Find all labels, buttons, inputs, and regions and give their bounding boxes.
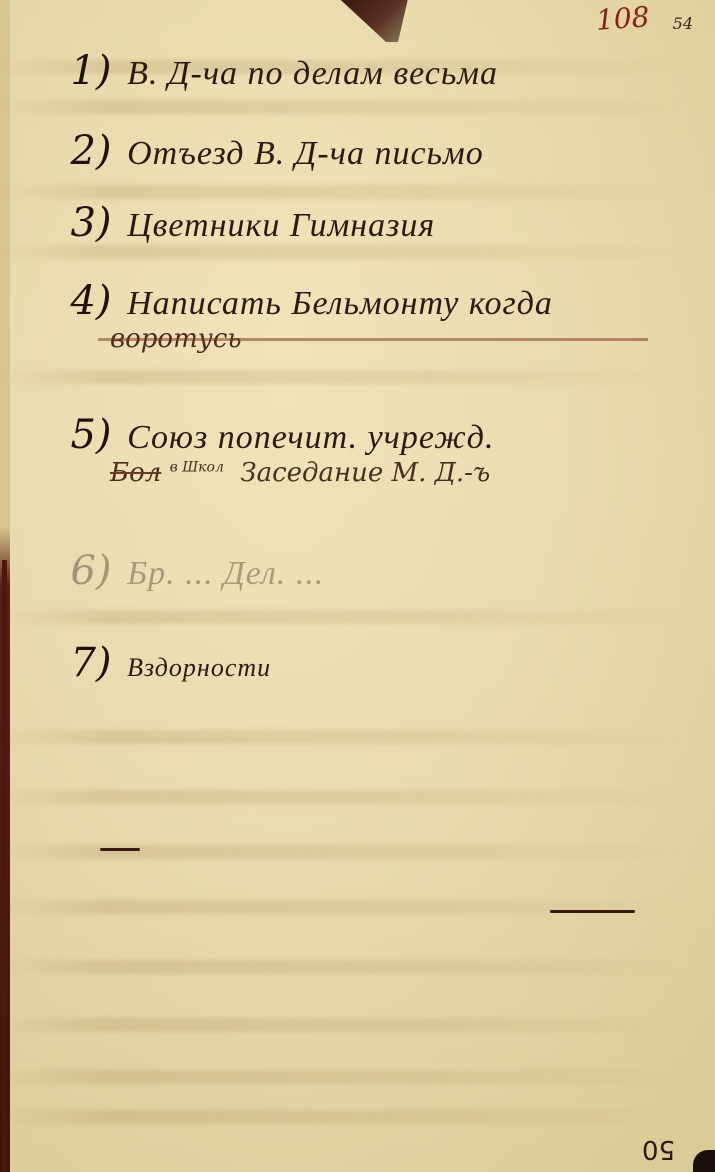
inserted-word: в Школ [170, 459, 224, 475]
folio-sub-number: 54 [673, 14, 693, 33]
item-text: Написать Бельмонту когда [127, 285, 553, 322]
bleed-through-line [0, 1018, 715, 1032]
item-number: 6) [60, 548, 122, 594]
bleed-through-line [0, 960, 715, 974]
list-item: 1) В. Д-ча по делам весьма [60, 48, 695, 94]
list-item: 4) Написать Бельмонту когда воротусь [60, 278, 695, 354]
list-item: 5) Союз попечит. учрежд. Бол в Школ Засе… [60, 412, 695, 488]
item-continuation: Заседание М. Д. [240, 458, 464, 488]
item-continuation-line: Бол в Школ Заседание М. Д.-ъ [110, 458, 695, 488]
item-number: 1) [60, 48, 122, 94]
list-item: 3) Цветники Гимназия [60, 200, 695, 246]
bleed-through-line [0, 790, 715, 804]
mount-clip [330, 0, 410, 42]
bleed-through-line [0, 1070, 715, 1084]
list-item: 7) Вздорности [60, 640, 695, 686]
list-item: 6) Бр. ... Дел. ... [60, 548, 695, 594]
ink-dash [550, 910, 635, 913]
item-number: 2) [60, 128, 122, 174]
item-text: Отъезд В. Д-ча письмо [127, 135, 484, 172]
bleed-through-line [0, 185, 715, 199]
item-number: 3) [60, 200, 122, 246]
list-item: 2) Отъезд В. Д-ча письмо [60, 128, 695, 174]
bleed-through-line [0, 245, 715, 259]
item-number: 5) [60, 412, 122, 458]
item-text: В. Д-ча по делам весьма [127, 55, 498, 92]
item-text: Цветники Гимназия [127, 207, 435, 244]
mount-corner [693, 1150, 715, 1172]
item-number: 4) [60, 278, 122, 324]
bottom-page-number: 50 [642, 1134, 675, 1164]
item-continuation-end: -ъ [464, 458, 490, 488]
underline-mark [98, 338, 648, 341]
folio-number: 108 [594, 0, 650, 37]
item-text: Вздорности [127, 653, 271, 682]
ink-dash [100, 848, 140, 851]
bleed-through-line [0, 730, 715, 744]
bleed-through-line [0, 370, 715, 384]
item-text: Союз попечит. учрежд. [127, 419, 494, 456]
struck-word: Бол [110, 458, 161, 488]
bleed-through-line [0, 610, 715, 624]
bleed-through-line [0, 1110, 715, 1124]
item-number: 7) [60, 640, 122, 686]
bleed-through-line [0, 100, 715, 114]
item-text: Бр. ... Дел. ... [127, 555, 324, 592]
manuscript-page: 108 54 1) В. Д-ча по делам весьма 2) Отъ… [0, 0, 715, 1172]
